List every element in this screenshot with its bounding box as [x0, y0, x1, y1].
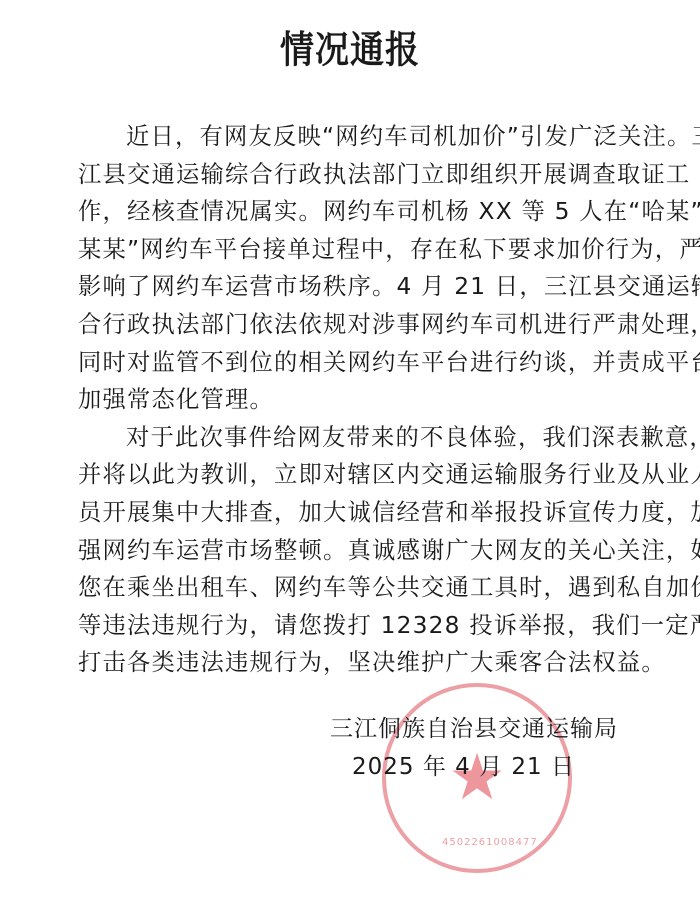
- seal-code: 4502261008477: [442, 837, 538, 848]
- paragraph-2-line-4: 强网约车运营市场整顿。真诚感谢广大网友的关心关注，如: [78, 532, 626, 570]
- paragraph-2-line-3: 员开展集中大排查，加大诚信经营和举报投诉宣传力度，加: [78, 494, 626, 532]
- paragraph-1-line-4: 某某”网约车平台接单过程中，存在私下要求加价行为，严重: [78, 231, 626, 269]
- paragraph-2-line-2: 并将以此为教训，立即对辖区内交通运输服务行业及从业人: [78, 456, 626, 494]
- paragraph-2-line-1: 对于此次事件给网友带来的不良体验，我们深表歉意，: [78, 419, 626, 457]
- paragraph-1-line-3: 作，经核查情况属实。网约车司机杨 XX 等 5 人在“哈某”“花: [78, 193, 626, 231]
- document-body: 近日，有网友反映“网约车司机加价”引发广泛关注。三 江县交通运输综合行政执法部门…: [78, 118, 626, 682]
- signature-organization: 三江侗族自治县交通运输局: [330, 710, 618, 743]
- paragraph-1-line-8: 加强常态化管理。: [78, 381, 626, 419]
- paragraph-1-line-5: 影响了网约车运营市场秩序。4 月 21 日，三江县交通运输综: [78, 268, 626, 306]
- signature-date: 2025 年 4 月 21 日: [352, 748, 575, 781]
- document-title: 情况通报: [0, 20, 700, 74]
- paragraph-1-line-1: 近日，有网友反映“网约车司机加价”引发广泛关注。三: [78, 118, 626, 156]
- paragraph-2-line-6: 等违法违规行为，请您拨打 12328 投诉举报，我们一定严厉: [78, 607, 626, 645]
- paragraph-1-line-7: 同时对监管不到位的相关网约车平台进行约谈，并责成平台: [78, 344, 626, 382]
- paragraph-2-line-7: 打击各类违法违规行为，坚决维护广大乘客合法权益。: [78, 644, 626, 682]
- paragraph-2-line-5: 您在乘坐出租车、网约车等公共交通工具时，遇到私自加价: [78, 569, 626, 607]
- paragraph-1-line-6: 合行政执法部门依法依规对涉事网约车司机进行严肃处理，: [78, 306, 626, 344]
- paragraph-1-line-2: 江县交通运输综合行政执法部门立即组织开展调查取证工: [78, 156, 626, 194]
